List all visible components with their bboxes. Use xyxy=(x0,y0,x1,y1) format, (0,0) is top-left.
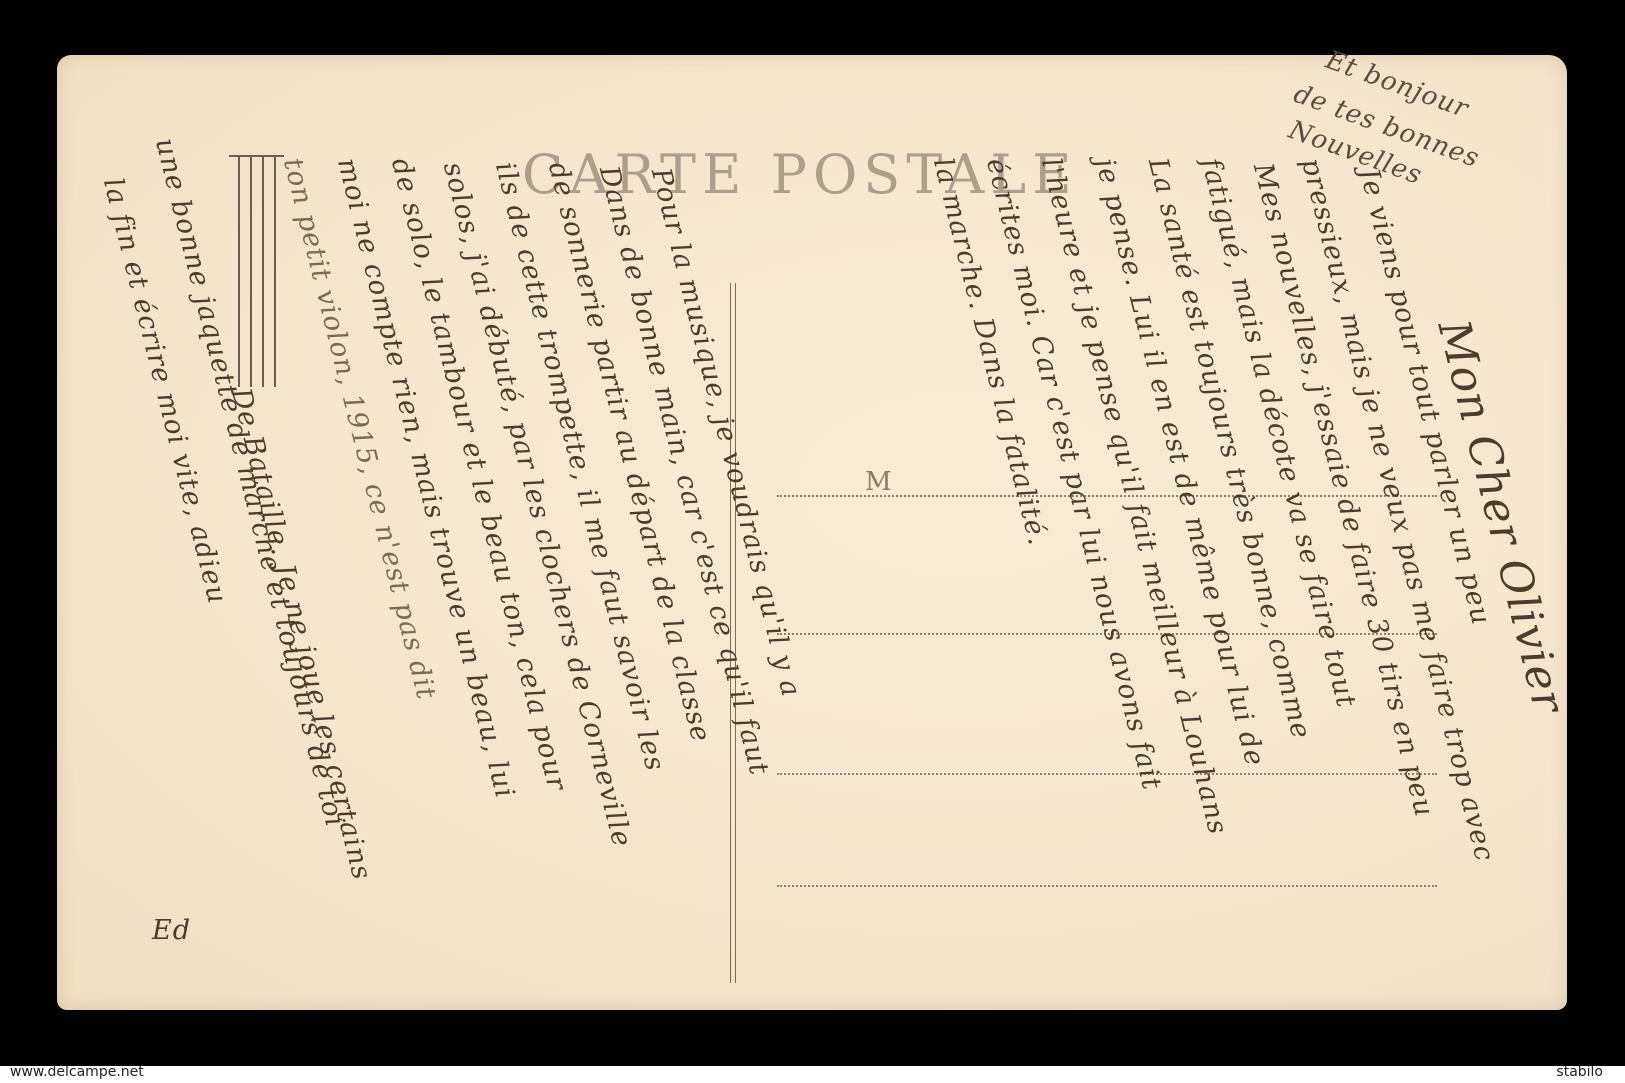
signature: Ed xyxy=(152,915,191,946)
seller-name: stabilo xyxy=(1556,1064,1603,1080)
source-watermark: www.delcampe.net xyxy=(10,1064,144,1080)
address-mark: M xyxy=(865,467,892,497)
address-line-4 xyxy=(777,885,1437,887)
footer-bar: www.delcampe.net stabilo xyxy=(0,1066,1625,1083)
address-line-3 xyxy=(777,773,1437,775)
music-staff-doodle xyxy=(229,155,284,387)
postcard-back: CARTE POSTALE M Et bonjour de tes bonnes… xyxy=(57,55,1567,1010)
